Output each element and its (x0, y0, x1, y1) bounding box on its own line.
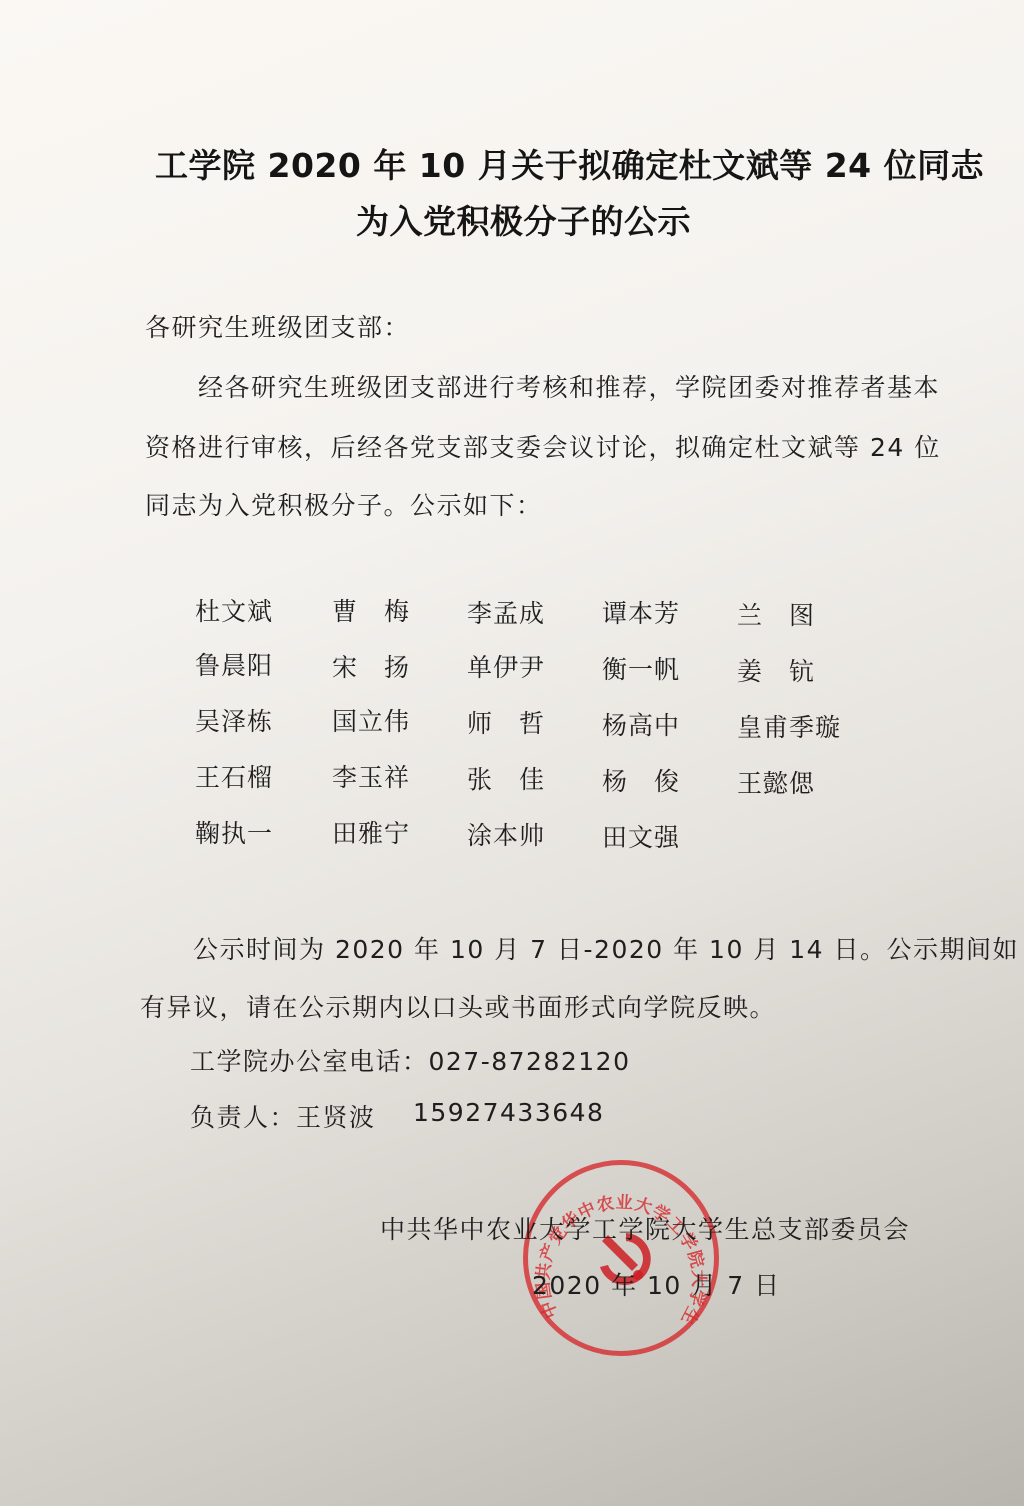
paragraph-1-line-3: 同志为入党积极分子。公示如下： (145, 486, 543, 522)
candidate-name: 杨高中 (602, 706, 680, 742)
paragraph-2-line-1: 公示时间为 2020 年 10 月 7 日-2020 年 10 月 14 日。公… (193, 930, 1019, 966)
candidate-name: 涂本帅 (467, 816, 545, 852)
candidate-name: 宋 扬 (332, 648, 410, 684)
contact-person: 负责人：王贤波 (190, 1098, 376, 1134)
candidate-name: 王石榴 (195, 758, 273, 794)
seal-ring-text: 中国共产党华中农业大学工学院大学生总支部委员会 (528, 1165, 714, 1351)
candidate-name: 田雅宁 (332, 814, 410, 850)
document-title-line-1: 工学院 2020 年 10 月关于拟确定杜文斌等 24 位同志 (155, 140, 984, 187)
candidate-name: 李玉祥 (332, 758, 410, 794)
contact-phone: 15927433648 (413, 1098, 604, 1127)
document-title-line-2: 为入党积极分子的公示 (356, 196, 691, 243)
candidate-name: 师 哲 (467, 704, 545, 740)
candidate-name: 吴泽栋 (195, 702, 273, 738)
official-seal: 中国共产党华中农业大学工学院大学生总支部委员会 (523, 1160, 719, 1356)
candidate-name: 鲁晨阳 (195, 646, 273, 682)
candidate-name: 王懿偲 (737, 764, 815, 800)
candidate-name: 杨 俊 (602, 762, 680, 798)
candidate-name: 杜文斌 (195, 592, 273, 628)
paragraph-2-line-2: 有异议，请在公示期内以口头或书面形式向学院反映。 (140, 988, 776, 1024)
candidate-name: 李孟成 (467, 594, 545, 630)
candidate-name: 谭本芳 (602, 594, 680, 630)
issuing-organization: 中共华中农业大学工学院大学生总支部委员会 (380, 1210, 910, 1246)
candidate-name: 张 佳 (467, 760, 545, 796)
candidate-name: 鞠执一 (195, 814, 273, 850)
candidate-name: 姜 钪 (737, 652, 815, 688)
candidate-name: 兰 图 (737, 596, 815, 632)
issue-date: 2020 年 10 月 7 日 (532, 1266, 781, 1302)
candidate-name: 单伊尹 (467, 648, 545, 684)
candidate-name: 皇甫季璇 (737, 708, 841, 744)
paragraph-1-line-1: 经各研究生班级团支部进行考核和推荐，学院团委对推荐者基本 (198, 368, 940, 404)
office-phone: 工学院办公室电话：027-87282120 (190, 1042, 631, 1078)
paragraph-1-line-2: 资格进行审核，后经各党支部支委会议讨论，拟确定杜文斌等 24 位 (145, 428, 941, 464)
candidate-name: 衡一帆 (602, 650, 680, 686)
salutation: 各研究生班级团支部： (145, 308, 410, 344)
candidate-name: 曹 梅 (332, 592, 410, 628)
candidate-name: 田文强 (602, 818, 680, 854)
candidate-name: 国立伟 (332, 702, 410, 738)
